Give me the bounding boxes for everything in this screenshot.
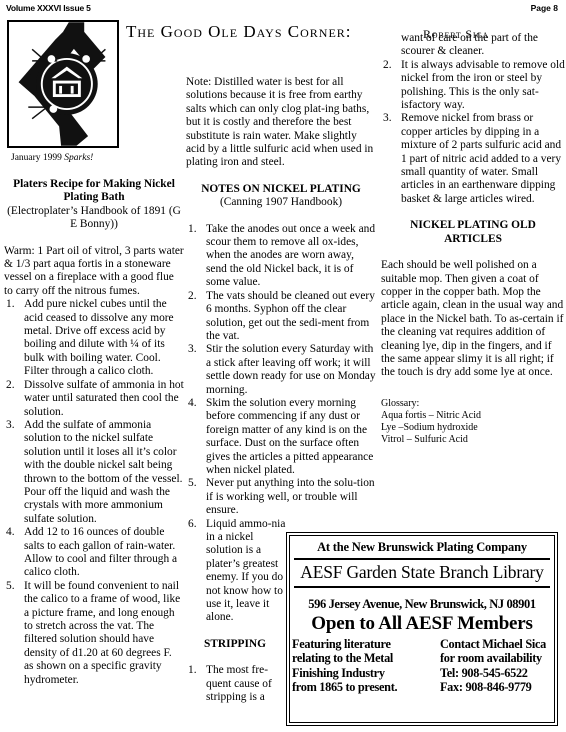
ad-divider — [294, 586, 550, 588]
list-item: want of care on the part of the scourer … — [381, 32, 565, 59]
stripping-steps-cont: want of care on the part of the scourer … — [381, 32, 565, 206]
list-item: 3.Stir the solution every Saturday with … — [186, 343, 376, 397]
ad-library-name: AESF Garden State Branch Library — [290, 562, 554, 583]
list-item: 4.Skim the solution every morning before… — [186, 397, 376, 477]
list-item: 1.Add pure nickel cubes until the acid c… — [4, 298, 184, 378]
recipe-steps: 1.Add pure nickel cubes until the acid c… — [4, 298, 184, 687]
list-item: 6.Liquid ammo-nia in a nickel solution i… — [186, 518, 286, 625]
logo-caption: January 1999 Sparks! — [11, 153, 93, 163]
list-item: 2.The vats should be cleaned out every 6… — [186, 290, 376, 344]
library-ad-box: At the New Brunswick Plating Company AES… — [286, 532, 558, 726]
distilled-water-note: Note: Distilled water is best for all so… — [186, 76, 376, 170]
list-item: 1.The most fre-quent cause of stripping … — [186, 664, 286, 704]
glossary: Glossary: Aqua fortis – Nitric Acid Lye … — [381, 398, 565, 446]
stripping-heading: STRIPPING — [186, 638, 284, 651]
glossary-title: Glossary: — [381, 398, 565, 410]
list-item: 4.Add 12 to 16 ounces of double salts to… — [4, 526, 184, 580]
ad-headline: Open to All AESF Members — [290, 613, 554, 635]
caption-date: January 1999 — [11, 153, 64, 163]
list-item: 2.Dissolve sulfate of ammonia in hot wat… — [4, 379, 184, 419]
ad-fax: Fax: 908-846-9779 — [440, 680, 532, 694]
ad-contact: Contact Michael Sica for room availabili… — [440, 637, 552, 695]
aesf-logo-icon — [7, 20, 119, 148]
glossary-item: Aqua fortis – Nitric Acid — [381, 410, 565, 422]
list-item: 2.It is always advisable to remove old n… — [381, 59, 565, 113]
list-item: 3.Add the sulfate of ammonia solution to… — [4, 419, 184, 526]
ad-divider — [294, 558, 550, 560]
glossary-item: Vitrol – Sulfuric Acid — [381, 434, 565, 446]
ad-company: At the New Brunswick Plating Company — [290, 540, 554, 555]
old-articles-heading: NICKEL PLATING OLD ARTICLES — [381, 219, 565, 246]
ad-features: Featuring literature relating to the Met… — [292, 637, 397, 695]
recipe-source: (Electroplater’s Handbook of 1891 (G E B… — [4, 205, 184, 232]
page-title: The Good Ole Days Corner: — [126, 22, 352, 42]
list-item: 3.Remove nickel from brass or copper art… — [381, 112, 565, 206]
list-item: 1.Take the anodes out once a week and sc… — [186, 223, 376, 290]
recipe-heading: Platers Recipe for Making Nickel Plating… — [4, 178, 184, 205]
glossary-item: Lye –Sodium hydroxide — [381, 422, 565, 434]
notes-source: (Canning 1907 Handbook) — [186, 196, 376, 209]
column-recipe: Platers Recipe for Making Nickel Plating… — [4, 178, 184, 687]
caption-publication: Sparks! — [64, 153, 93, 163]
column-stripping: want of care on the part of the scourer … — [381, 4, 565, 446]
list-item: 5.It will be found convenient to nail th… — [4, 580, 184, 687]
old-articles-body: Each should be well polished on a suitab… — [381, 259, 565, 380]
ad-phone: Tel: 908-545-6522 — [440, 666, 528, 680]
volume-issue: Volume XXXVI Issue 5 — [6, 3, 91, 13]
list-item: 5.Never put anything into the solu-tion … — [186, 477, 376, 517]
notes-heading: NOTES ON NICKEL PLATING — [186, 183, 376, 196]
ad-address: 596 Jersey Avenue, New Brunswick, NJ 089… — [290, 597, 554, 612]
recipe-intro: Warm: 1 Part oil of vitrol, 3 parts wate… — [4, 245, 184, 299]
